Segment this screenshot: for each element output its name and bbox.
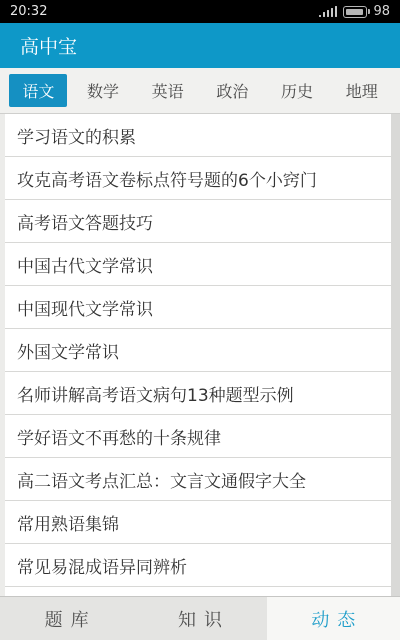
list-item[interactable]: 中国古代文学常识: [5, 243, 391, 286]
list-item[interactable]: 学习语文的积累: [5, 114, 391, 157]
status-icons: 98: [319, 4, 390, 19]
tab-chinese[interactable]: 语文: [6, 74, 71, 107]
page-title: 高中宝: [20, 32, 77, 59]
tab-history-label: 历史: [268, 74, 326, 107]
list-item[interactable]: 中国现代文学常识: [5, 286, 391, 329]
tab-politics-label: 政治: [203, 74, 261, 107]
signal-icon: [319, 6, 338, 17]
list-item[interactable]: 高考语文答题技巧: [5, 200, 391, 243]
clock: 20:32: [10, 4, 47, 19]
tab-geography[interactable]: 地理: [329, 74, 394, 107]
status-bar: 20:32 98: [0, 0, 400, 23]
article-list: 学习语文的积累 攻克高考语文卷标点符号题的6个小窍门 高考语文答题技巧 中国古代…: [5, 114, 391, 596]
scrollbar-track[interactable]: [391, 114, 400, 596]
tab-math[interactable]: 数学: [71, 74, 136, 107]
tab-chinese-label: 语文: [9, 74, 67, 107]
subject-tab-bar: 语文 数学 英语 政治 历史 地理: [0, 68, 400, 114]
tab-english-label: 英语: [139, 74, 197, 107]
bottom-nav: 题库 知识 动态: [0, 596, 400, 640]
nav-item-knowledge[interactable]: 知识: [133, 597, 266, 640]
list-item[interactable]: 外国文学常识: [5, 329, 391, 372]
list-item[interactable]: 常用熟语集锦: [5, 501, 391, 544]
app-bar: 高中宝: [0, 23, 400, 68]
list-item[interactable]: 高二语文考点汇总：文言文通假字大全: [5, 458, 391, 501]
tab-math-label: 数学: [74, 74, 132, 107]
list-item[interactable]: 常见易混成语异同辨析: [5, 544, 391, 587]
nav-item-news[interactable]: 动态: [267, 597, 400, 640]
battery-icon: [343, 6, 367, 18]
article-list-container: 学习语文的积累 攻克高考语文卷标点符号题的6个小窍门 高考语文答题技巧 中国古代…: [0, 114, 400, 596]
tab-history[interactable]: 历史: [265, 74, 330, 107]
list-item[interactable]: 攻克高考语文卷标点符号题的6个小窍门: [5, 157, 391, 200]
list-item[interactable]: 学好语文不再愁的十条规律: [5, 415, 391, 458]
phone-screen: 20:32 98 高中宝 语文 数学 英语 政治 历史 地理: [0, 0, 400, 640]
tab-politics[interactable]: 政治: [200, 74, 265, 107]
tab-geography-label: 地理: [333, 74, 391, 107]
list-item[interactable]: 名师讲解高考语文病句13种题型示例: [5, 372, 391, 415]
battery-percent: 98: [373, 4, 390, 19]
nav-item-question-bank[interactable]: 题库: [0, 597, 133, 640]
tab-english[interactable]: 英语: [135, 74, 200, 107]
